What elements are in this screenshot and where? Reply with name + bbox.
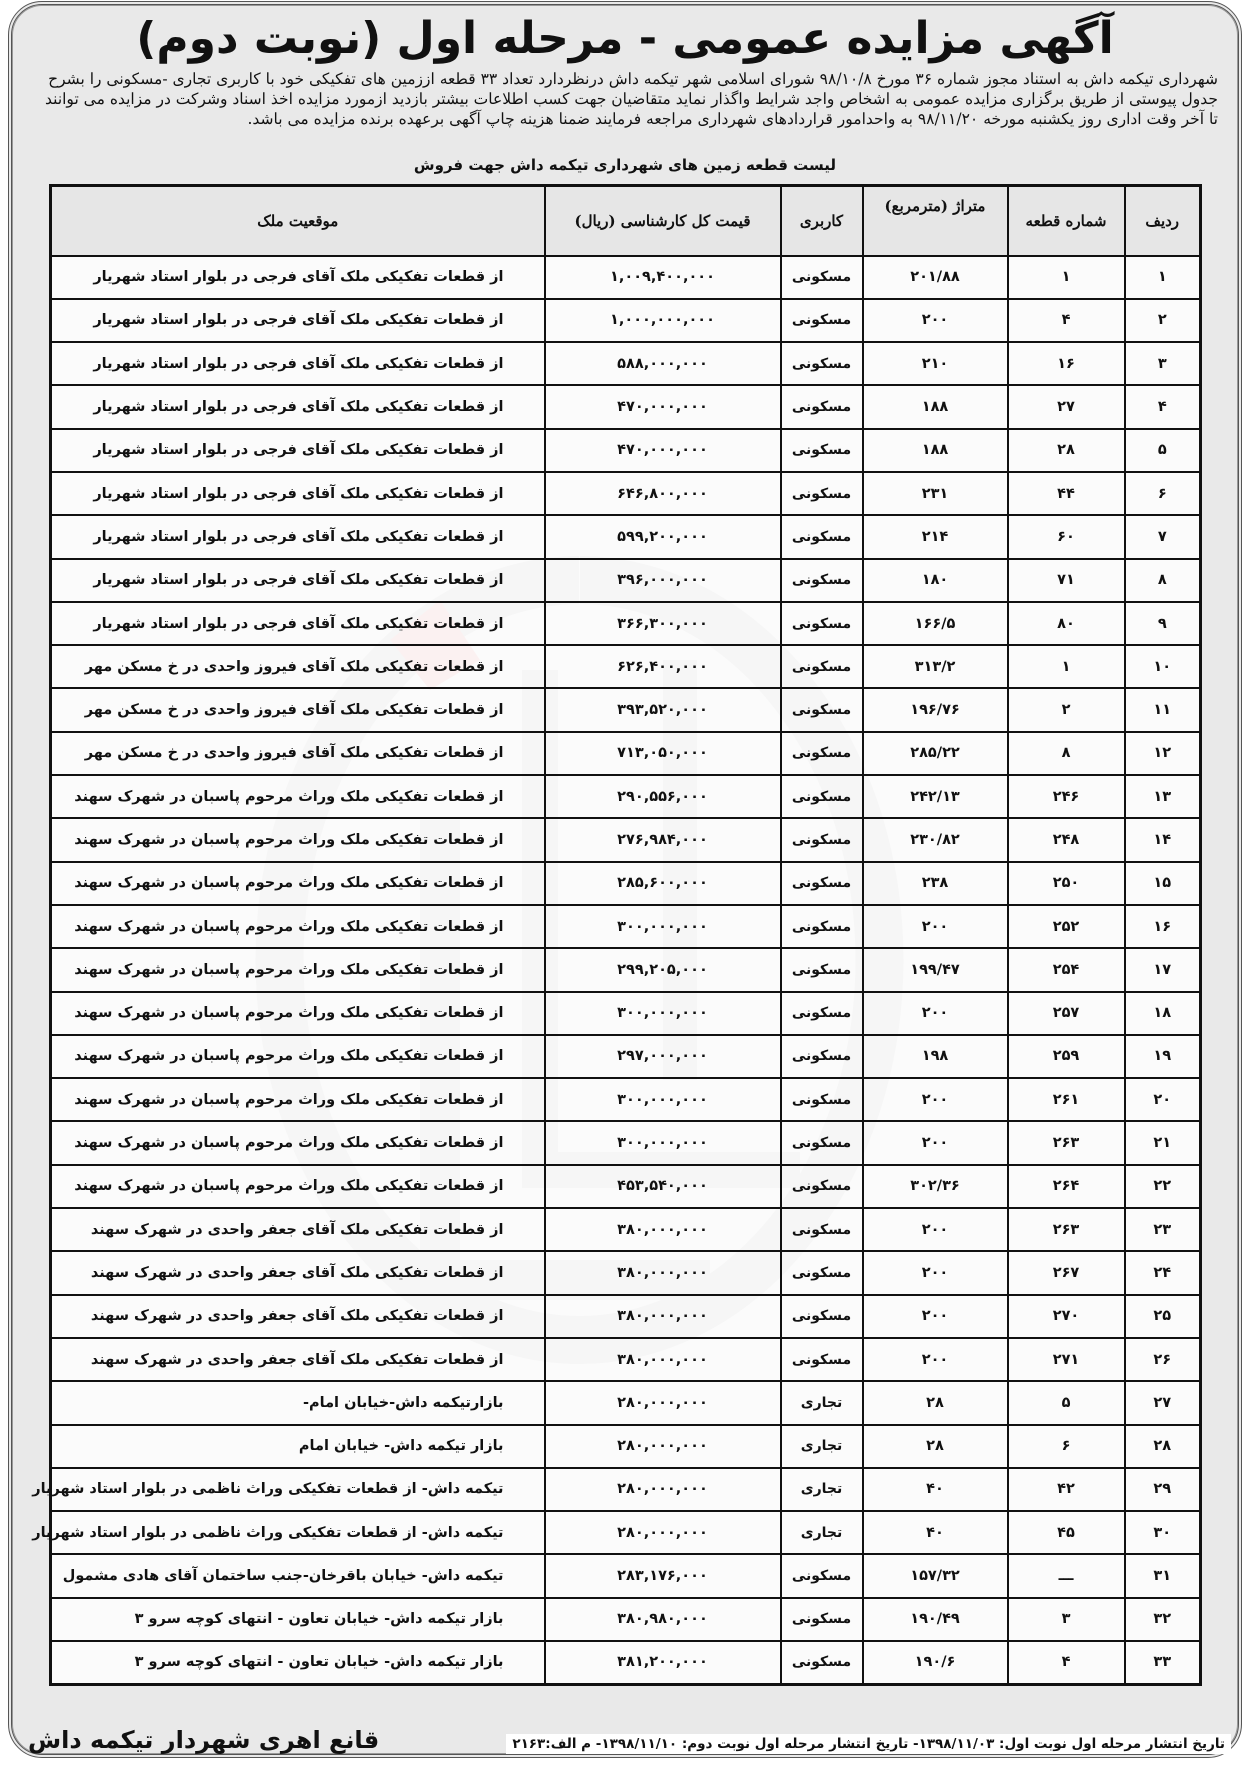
table-title: لیست قطعه زمین های شهرداری تیکمه داش جهت… xyxy=(12,156,1238,174)
cell-location: از قطعات تفکیکی ملک وراث مرحوم پاسبان در… xyxy=(51,1165,545,1208)
cell-area: ۲۸ xyxy=(863,1425,1008,1468)
cell-row-no: ۱۶ xyxy=(1125,905,1201,948)
cell-price: ۳۰۰,۰۰۰,۰۰۰ xyxy=(545,1121,781,1164)
cell-price: ۲۷۶,۹۸۴,۰۰۰ xyxy=(545,818,781,861)
cell-area: ۱۹۶/۷۶ xyxy=(863,688,1008,731)
cell-row-no: ۱۵ xyxy=(1125,862,1201,905)
table-row: ۱۷۲۵۴۱۹۹/۴۷مسکونی۲۹۹,۲۰۵,۰۰۰از قطعات تفک… xyxy=(51,948,1201,991)
cell-row-no: ۸ xyxy=(1125,559,1201,602)
cell-price: ۲۹۹,۲۰۵,۰۰۰ xyxy=(545,948,781,991)
cell-price: ۲۸۰,۰۰۰,۰۰۰ xyxy=(545,1511,781,1554)
cell-lot-no: ۲۶۴ xyxy=(1008,1165,1125,1208)
cell-usage: مسکونی xyxy=(781,1165,863,1208)
cell-area: ۲۰۰ xyxy=(863,1121,1008,1164)
cell-area: ۲۸۵/۲۲ xyxy=(863,732,1008,775)
mayor-signature: قانع اهری شهردار تیکمه داش xyxy=(28,1726,379,1754)
cell-location: از قطعات تفکیکی ملک آقای فرجی در بلوار ا… xyxy=(51,559,545,602)
cell-row-no: ۲۱ xyxy=(1125,1121,1201,1164)
table-row: ۱۱۲۱۹۶/۷۶مسکونی۳۹۳,۵۲۰,۰۰۰از قطعات تفکیک… xyxy=(51,688,1201,731)
table-row: ۲۷۵۲۸تجاری۲۸۰,۰۰۰,۰۰۰بازارتیکمه داش-خیاب… xyxy=(51,1381,1201,1424)
cell-price: ۵۹۹,۲۰۰,۰۰۰ xyxy=(545,515,781,558)
cell-area: ۳۱۳/۲ xyxy=(863,645,1008,688)
cell-usage: مسکونی xyxy=(781,775,863,818)
cell-area: ۲۰۰ xyxy=(863,905,1008,948)
cell-lot-no: ۲۶۳ xyxy=(1008,1208,1125,1251)
cell-area: ۲۳۱ xyxy=(863,472,1008,515)
cell-area: ۱۹۰/۴۹ xyxy=(863,1598,1008,1641)
table-row: ۳۰۴۵۴۰تجاری۲۸۰,۰۰۰,۰۰۰تیکمه داش- از قطعا… xyxy=(51,1511,1201,1554)
cell-row-no: ۲۳ xyxy=(1125,1208,1201,1251)
header-price: قیمت کل کارشناسی (ریال) xyxy=(545,186,781,256)
cell-area: ۲۱۰ xyxy=(863,342,1008,385)
cell-price: ۳۹۶,۰۰۰,۰۰۰ xyxy=(545,559,781,602)
cell-usage: مسکونی xyxy=(781,1078,863,1121)
header-location: موقعیت ملک xyxy=(51,186,545,256)
cell-area: ۲۰۰ xyxy=(863,1251,1008,1294)
table-row: ۳۱۶۲۱۰مسکونی۵۸۸,۰۰۰,۰۰۰از قطعات تفکیکی م… xyxy=(51,342,1201,385)
cell-row-no: ۲۰ xyxy=(1125,1078,1201,1121)
table-row: ۱۰۱۳۱۳/۲مسکونی۶۲۶,۴۰۰,۰۰۰از قطعات تفکیکی… xyxy=(51,645,1201,688)
cell-lot-no: ۲۵۰ xyxy=(1008,862,1125,905)
cell-area: ۲۸ xyxy=(863,1381,1008,1424)
cell-row-no: ۵ xyxy=(1125,429,1201,472)
cell-price: ۴۷۰,۰۰۰,۰۰۰ xyxy=(545,385,781,428)
cell-usage: مسکونی xyxy=(781,732,863,775)
cell-location: از قطعات تفکیکی ملک آقای جعفر واحدی در ش… xyxy=(51,1251,545,1294)
cell-area: ۱۹۰/۶ xyxy=(863,1641,1008,1684)
intro-line: تا آخر وقت اداری روز یکشنبه مورخه ۹۸/۱۱/… xyxy=(32,109,1218,129)
cell-price: ۶۴۶,۸۰۰,۰۰۰ xyxy=(545,472,781,515)
cell-area: ۲۰۰ xyxy=(863,1208,1008,1251)
cell-row-no: ۳۲ xyxy=(1125,1598,1201,1641)
cell-usage: مسکونی xyxy=(781,948,863,991)
cell-row-no: ۲۶ xyxy=(1125,1338,1201,1381)
cell-lot-no: ۶۰ xyxy=(1008,515,1125,558)
cell-row-no: ۳ xyxy=(1125,342,1201,385)
cell-usage: مسکونی xyxy=(781,688,863,731)
cell-price: ۴۵۳,۵۴۰,۰۰۰ xyxy=(545,1165,781,1208)
cell-price: ۷۱۳,۰۵۰,۰۰۰ xyxy=(545,732,781,775)
cell-price: ۳۰۰,۰۰۰,۰۰۰ xyxy=(545,905,781,948)
cell-lot-no: ۲۵۹ xyxy=(1008,1035,1125,1078)
cell-location: از قطعات تفکیکی ملک آقای فیروز واحدی در … xyxy=(51,688,545,731)
cell-lot-no: ۱ xyxy=(1008,256,1125,299)
cell-usage: مسکونی xyxy=(781,1251,863,1294)
land-plots-table: ردیف شماره قطعه متراژ (مترمربع) کاربری ق… xyxy=(49,184,1202,1686)
cell-row-no: ۶ xyxy=(1125,472,1201,515)
cell-row-no: ۱۸ xyxy=(1125,992,1201,1035)
cell-price: ۳۸۱,۲۰۰,۰۰۰ xyxy=(545,1641,781,1684)
cell-usage: تجاری xyxy=(781,1468,863,1511)
table-row: ۱۸۲۵۷۲۰۰مسکونی۳۰۰,۰۰۰,۰۰۰از قطعات تفکیکی… xyxy=(51,992,1201,1035)
cell-location: از قطعات تفکیکی ملک وراث مرحوم پاسبان در… xyxy=(51,1078,545,1121)
cell-location: از قطعات تفکیکی ملک وراث مرحوم پاسبان در… xyxy=(51,1035,545,1078)
cell-usage: مسکونی xyxy=(781,385,863,428)
cell-lot-no: ۱۶ xyxy=(1008,342,1125,385)
cell-lot-no: ۵ xyxy=(1008,1381,1125,1424)
header-lot-no: شماره قطعه xyxy=(1008,186,1125,256)
cell-lot-no: ۲۵۷ xyxy=(1008,992,1125,1035)
cell-price: ۲۸۵,۶۰۰,۰۰۰ xyxy=(545,862,781,905)
cell-area: ۲۰۰ xyxy=(863,1078,1008,1121)
cell-lot-no: ۴ xyxy=(1008,1641,1125,1684)
cell-price: ۳۹۳,۵۲۰,۰۰۰ xyxy=(545,688,781,731)
table-row: ۹۸۰۱۶۶/۵مسکونی۳۶۶,۳۰۰,۰۰۰از قطعات تفکیکی… xyxy=(51,602,1201,645)
cell-area: ۱۹۸ xyxy=(863,1035,1008,1078)
table-row: ۵۲۸۱۸۸مسکونی۴۷۰,۰۰۰,۰۰۰از قطعات تفکیکی م… xyxy=(51,429,1201,472)
cell-usage: مسکونی xyxy=(781,472,863,515)
table-row: ۱۹۲۵۹۱۹۸مسکونی۲۹۷,۰۰۰,۰۰۰از قطعات تفکیکی… xyxy=(51,1035,1201,1078)
cell-price: ۲۹۰,۵۵۶,۰۰۰ xyxy=(545,775,781,818)
table-row: ۲۱۲۶۳۲۰۰مسکونی۳۰۰,۰۰۰,۰۰۰از قطعات تفکیکی… xyxy=(51,1121,1201,1164)
table-row: ۸۷۱۱۸۰مسکونی۳۹۶,۰۰۰,۰۰۰از قطعات تفکیکی م… xyxy=(51,559,1201,602)
publication-dates: تاریخ انتشار مرحله اول نوبت اول: ۱۳۹۸/۱۱… xyxy=(506,1734,1231,1754)
cell-location: از قطعات تفکیکی ملک آقای فرجی در بلوار ا… xyxy=(51,472,545,515)
cell-lot-no: ۴۲ xyxy=(1008,1468,1125,1511)
cell-lot-no: ۲۵۴ xyxy=(1008,948,1125,991)
cell-location: از قطعات تفکیکی ملک آقای جعفر واحدی در ش… xyxy=(51,1295,545,1338)
table-row: ۱۵۲۵۰۲۳۸مسکونی۲۸۵,۶۰۰,۰۰۰از قطعات تفکیکی… xyxy=(51,862,1201,905)
cell-location: از قطعات تفکیکی ملک آقای فرجی در بلوار ا… xyxy=(51,299,545,342)
cell-lot-no: ۲۷ xyxy=(1008,385,1125,428)
table-row: ۳۱ـــ۱۵۷/۳۲مسکونی۲۸۳,۱۷۶,۰۰۰تیکمه داش- خ… xyxy=(51,1554,1201,1597)
cell-area: ۱۵۷/۳۲ xyxy=(863,1554,1008,1597)
cell-row-no: ۷ xyxy=(1125,515,1201,558)
cell-price: ۱,۰۰۹,۴۰۰,۰۰۰ xyxy=(545,256,781,299)
cell-location: از قطعات تفکیکی ملک آقای فیروز واحدی در … xyxy=(51,732,545,775)
intro-line: شهرداری تیکمه داش به استناد مجوز شماره ۳… xyxy=(32,69,1218,89)
cell-lot-no: ۱ xyxy=(1008,645,1125,688)
cell-location: از قطعات تفکیکی ملک آقای فرجی در بلوار ا… xyxy=(51,515,545,558)
cell-price: ۳۸۰,۰۰۰,۰۰۰ xyxy=(545,1295,781,1338)
cell-area: ۲۱۴ xyxy=(863,515,1008,558)
cell-row-no: ۲۷ xyxy=(1125,1381,1201,1424)
cell-lot-no: ۴۴ xyxy=(1008,472,1125,515)
cell-area: ۲۰۰ xyxy=(863,1295,1008,1338)
cell-location: تیکمه داش- از قطعات تفکیکی وراث ناظمی در… xyxy=(51,1511,545,1554)
table-row: ۲۸۶۲۸تجاری۲۸۰,۰۰۰,۰۰۰بازار تیکمه داش- خی… xyxy=(51,1425,1201,1468)
cell-price: ۳۸۰,۹۸۰,۰۰۰ xyxy=(545,1598,781,1641)
table-row: ۳۳۴۱۹۰/۶مسکونی۳۸۱,۲۰۰,۰۰۰بازار تیکمه داش… xyxy=(51,1641,1201,1684)
cell-price: ۳۶۶,۳۰۰,۰۰۰ xyxy=(545,602,781,645)
cell-location: بازار تیکمه داش- خیابان تعاون - انتهای ک… xyxy=(51,1641,545,1684)
cell-usage: مسکونی xyxy=(781,256,863,299)
table-row: ۱۱۲۰۱/۸۸مسکونی۱,۰۰۹,۴۰۰,۰۰۰از قطعات تفکی… xyxy=(51,256,1201,299)
cell-location: از قطعات تفکیکی ملک وراث مرحوم پاسبان در… xyxy=(51,818,545,861)
table-row: ۲۹۴۲۴۰تجاری۲۸۰,۰۰۰,۰۰۰تیکمه داش- از قطعا… xyxy=(51,1468,1201,1511)
cell-location: از قطعات تفکیکی ملک وراث مرحوم پاسبان در… xyxy=(51,1121,545,1164)
cell-row-no: ۱۴ xyxy=(1125,818,1201,861)
cell-location: از قطعات تفکیکی ملک آقای جعفر واحدی در ش… xyxy=(51,1208,545,1251)
cell-location: از قطعات تفکیکی ملک وراث مرحوم پاسبان در… xyxy=(51,862,545,905)
cell-area: ۱۶۶/۵ xyxy=(863,602,1008,645)
cell-row-no: ۳۳ xyxy=(1125,1641,1201,1684)
cell-location: از قطعات تفکیکی ملک وراث مرحوم پاسبان در… xyxy=(51,992,545,1035)
cell-usage: مسکونی xyxy=(781,299,863,342)
cell-lot-no: ۲۶۳ xyxy=(1008,1121,1125,1164)
cell-row-no: ۲۹ xyxy=(1125,1468,1201,1511)
cell-lot-no: ۸۰ xyxy=(1008,602,1125,645)
cell-area: ۲۴۲/۱۳ xyxy=(863,775,1008,818)
cell-location: بازارتیکمه داش-خیابان امام- xyxy=(51,1381,545,1424)
cell-usage: تجاری xyxy=(781,1511,863,1554)
cell-area: ۲۳۰/۸۲ xyxy=(863,818,1008,861)
cell-price: ۳۸۰,۰۰۰,۰۰۰ xyxy=(545,1251,781,1294)
intro-line: جدول پیوستی از طریق برگزاری مزایده عمومی… xyxy=(32,89,1218,109)
cell-usage: مسکونی xyxy=(781,645,863,688)
cell-price: ۲۹۷,۰۰۰,۰۰۰ xyxy=(545,1035,781,1078)
cell-usage: مسکونی xyxy=(781,862,863,905)
table-row: ۱۳۲۴۶۲۴۲/۱۳مسکونی۲۹۰,۵۵۶,۰۰۰از قطعات تفک… xyxy=(51,775,1201,818)
cell-usage: مسکونی xyxy=(781,1554,863,1597)
cell-area: ۱۹۹/۴۷ xyxy=(863,948,1008,991)
cell-lot-no: ۲۴۸ xyxy=(1008,818,1125,861)
cell-location: از قطعات تفکیکی ملک آقای فرجی در بلوار ا… xyxy=(51,602,545,645)
cell-row-no: ۴ xyxy=(1125,385,1201,428)
cell-price: ۴۷۰,۰۰۰,۰۰۰ xyxy=(545,429,781,472)
cell-usage: مسکونی xyxy=(781,1295,863,1338)
cell-lot-no: ۳ xyxy=(1008,1598,1125,1641)
table-row: ۲۲۲۶۴۳۰۲/۳۶مسکونی۴۵۳,۵۴۰,۰۰۰از قطعات تفک… xyxy=(51,1165,1201,1208)
cell-lot-no: ۲۴۶ xyxy=(1008,775,1125,818)
cell-row-no: ۱۹ xyxy=(1125,1035,1201,1078)
table-row: ۲۰۲۶۱۲۰۰مسکونی۳۰۰,۰۰۰,۰۰۰از قطعات تفکیکی… xyxy=(51,1078,1201,1121)
table-row: ۲۶۲۷۱۲۰۰مسکونی۳۸۰,۰۰۰,۰۰۰از قطعات تفکیکی… xyxy=(51,1338,1201,1381)
cell-location: از قطعات تفکیکی ملک وراث مرحوم پاسبان در… xyxy=(51,948,545,991)
cell-usage: مسکونی xyxy=(781,1641,863,1684)
table-row: ۳۲۳۱۹۰/۴۹مسکونی۳۸۰,۹۸۰,۰۰۰بازار تیکمه دا… xyxy=(51,1598,1201,1641)
table-row: ۷۶۰۲۱۴مسکونی۵۹۹,۲۰۰,۰۰۰از قطعات تفکیکی م… xyxy=(51,515,1201,558)
cell-area: ۲۰۰ xyxy=(863,299,1008,342)
cell-row-no: ۱۱ xyxy=(1125,688,1201,731)
header-row-no: ردیف xyxy=(1125,186,1201,256)
table-row: ۲۴۲۰۰مسکونی۱,۰۰۰,۰۰۰,۰۰۰از قطعات تفکیکی … xyxy=(51,299,1201,342)
cell-row-no: ۲ xyxy=(1125,299,1201,342)
cell-row-no: ۱۲ xyxy=(1125,732,1201,775)
cell-lot-no: ۸ xyxy=(1008,732,1125,775)
cell-price: ۳۸۰,۰۰۰,۰۰۰ xyxy=(545,1208,781,1251)
cell-location: از قطعات تفکیکی ملک وراث مرحوم پاسبان در… xyxy=(51,905,545,948)
cell-usage: مسکونی xyxy=(781,559,863,602)
cell-lot-no: ۲۷۱ xyxy=(1008,1338,1125,1381)
cell-row-no: ۱۷ xyxy=(1125,948,1201,991)
cell-location: از قطعات تفکیکی ملک آقای فرجی در بلوار ا… xyxy=(51,429,545,472)
table-row: ۱۲۸۲۸۵/۲۲مسکونی۷۱۳,۰۵۰,۰۰۰از قطعات تفکیک… xyxy=(51,732,1201,775)
cell-usage: مسکونی xyxy=(781,1208,863,1251)
table-row: ۱۶۲۵۲۲۰۰مسکونی۳۰۰,۰۰۰,۰۰۰از قطعات تفکیکی… xyxy=(51,905,1201,948)
cell-usage: مسکونی xyxy=(781,1121,863,1164)
cell-row-no: ۲۴ xyxy=(1125,1251,1201,1294)
cell-row-no: ۹ xyxy=(1125,602,1201,645)
table-header-row: ردیف شماره قطعه متراژ (مترمربع) کاربری ق… xyxy=(51,186,1201,256)
table-row: ۲۴۲۶۷۲۰۰مسکونی۳۸۰,۰۰۰,۰۰۰از قطعات تفکیکی… xyxy=(51,1251,1201,1294)
cell-area: ۲۰۱/۸۸ xyxy=(863,256,1008,299)
table-row: ۲۵۲۷۰۲۰۰مسکونی۳۸۰,۰۰۰,۰۰۰از قطعات تفکیکی… xyxy=(51,1295,1201,1338)
table-row: ۴۲۷۱۸۸مسکونی۴۷۰,۰۰۰,۰۰۰از قطعات تفکیکی م… xyxy=(51,385,1201,428)
table-row: ۶۴۴۲۳۱مسکونی۶۴۶,۸۰۰,۰۰۰از قطعات تفکیکی م… xyxy=(51,472,1201,515)
cell-usage: مسکونی xyxy=(781,1035,863,1078)
cell-area: ۲۰۰ xyxy=(863,1338,1008,1381)
cell-usage: مسکونی xyxy=(781,342,863,385)
cell-usage: مسکونی xyxy=(781,818,863,861)
cell-lot-no: ۲۶۱ xyxy=(1008,1078,1125,1121)
cell-location: از قطعات تفکیکی ملک آقای فرجی در بلوار ا… xyxy=(51,256,545,299)
cell-location: از قطعات تفکیکی ملک آقای فیروز واحدی در … xyxy=(51,645,545,688)
cell-location: بازار تیکمه داش- خیابان امام xyxy=(51,1425,545,1468)
cell-location: تیکمه داش- از قطعات تفکیکی وراث ناظمی در… xyxy=(51,1468,545,1511)
cell-lot-no: ۲۸ xyxy=(1008,429,1125,472)
cell-usage: مسکونی xyxy=(781,1338,863,1381)
cell-row-no: ۲۲ xyxy=(1125,1165,1201,1208)
cell-area: ۱۸۰ xyxy=(863,559,1008,602)
cell-location: از قطعات تفکیکی ملک آقای فرجی در بلوار ا… xyxy=(51,342,545,385)
cell-price: ۳۰۰,۰۰۰,۰۰۰ xyxy=(545,992,781,1035)
cell-lot-no: ۲۵۲ xyxy=(1008,905,1125,948)
cell-lot-no: ۴ xyxy=(1008,299,1125,342)
cell-price: ۶۲۶,۴۰۰,۰۰۰ xyxy=(545,645,781,688)
cell-row-no: ۳۰ xyxy=(1125,1511,1201,1554)
cell-lot-no: ۷۱ xyxy=(1008,559,1125,602)
cell-usage: مسکونی xyxy=(781,992,863,1035)
cell-row-no: ۳۱ xyxy=(1125,1554,1201,1597)
cell-price: ۲۸۰,۰۰۰,۰۰۰ xyxy=(545,1381,781,1424)
cell-usage: تجاری xyxy=(781,1381,863,1424)
cell-location: از قطعات تفکیکی ملک آقای جعفر واحدی در ش… xyxy=(51,1338,545,1381)
cell-lot-no: ـــ xyxy=(1008,1554,1125,1597)
cell-price: ۲۸۳,۱۷۶,۰۰۰ xyxy=(545,1554,781,1597)
cell-lot-no: ۲ xyxy=(1008,688,1125,731)
cell-location: تیکمه داش- خیابان باقرخان-جنب ساختمان آق… xyxy=(51,1554,545,1597)
cell-area: ۴۰ xyxy=(863,1511,1008,1554)
cell-location: از قطعات تفکیکی ملک آقای فرجی در بلوار ا… xyxy=(51,385,545,428)
cell-usage: مسکونی xyxy=(781,429,863,472)
cell-lot-no: ۴۵ xyxy=(1008,1511,1125,1554)
cell-lot-no: ۲۶۷ xyxy=(1008,1251,1125,1294)
cell-price: ۳۸۰,۰۰۰,۰۰۰ xyxy=(545,1338,781,1381)
cell-area: ۱۸۸ xyxy=(863,385,1008,428)
cell-row-no: ۱۳ xyxy=(1125,775,1201,818)
cell-row-no: ۲۵ xyxy=(1125,1295,1201,1338)
cell-area: ۲۳۸ xyxy=(863,862,1008,905)
cell-area: ۲۰۰ xyxy=(863,992,1008,1035)
cell-location: بازار تیکمه داش- خیابان تعاون - انتهای ک… xyxy=(51,1598,545,1641)
cell-row-no: ۱۰ xyxy=(1125,645,1201,688)
intro-paragraph: شهرداری تیکمه داش به استناد مجوز شماره ۳… xyxy=(32,69,1218,129)
cell-row-no: ۱ xyxy=(1125,256,1201,299)
cell-usage: مسکونی xyxy=(781,905,863,948)
cell-price: ۳۰۰,۰۰۰,۰۰۰ xyxy=(545,1078,781,1121)
header-usage: کاربری xyxy=(781,186,863,256)
cell-lot-no: ۲۷۰ xyxy=(1008,1295,1125,1338)
cell-usage: تجاری xyxy=(781,1425,863,1468)
cell-area: ۱۸۸ xyxy=(863,429,1008,472)
table-row: ۲۳۲۶۳۲۰۰مسکونی۳۸۰,۰۰۰,۰۰۰از قطعات تفکیکی… xyxy=(51,1208,1201,1251)
cell-price: ۲۸۰,۰۰۰,۰۰۰ xyxy=(545,1425,781,1468)
table-row: ۱۴۲۴۸۲۳۰/۸۲مسکونی۲۷۶,۹۸۴,۰۰۰از قطعات تفک… xyxy=(51,818,1201,861)
header-area: متراژ (مترمربع) xyxy=(863,186,1008,256)
cell-usage: مسکونی xyxy=(781,602,863,645)
cell-price: ۵۸۸,۰۰۰,۰۰۰ xyxy=(545,342,781,385)
cell-lot-no: ۶ xyxy=(1008,1425,1125,1468)
cell-price: ۲۸۰,۰۰۰,۰۰۰ xyxy=(545,1468,781,1511)
page-title: آگهی مزایده عمومی - مرحله اول (نوبت دوم) xyxy=(12,13,1238,64)
cell-usage: مسکونی xyxy=(781,1598,863,1641)
cell-usage: مسکونی xyxy=(781,515,863,558)
cell-location: از قطعات تفکیکی ملک وراث مرحوم پاسبان در… xyxy=(51,775,545,818)
cell-area: ۳۰۲/۳۶ xyxy=(863,1165,1008,1208)
cell-area: ۴۰ xyxy=(863,1468,1008,1511)
cell-row-no: ۲۸ xyxy=(1125,1425,1201,1468)
cell-price: ۱,۰۰۰,۰۰۰,۰۰۰ xyxy=(545,299,781,342)
